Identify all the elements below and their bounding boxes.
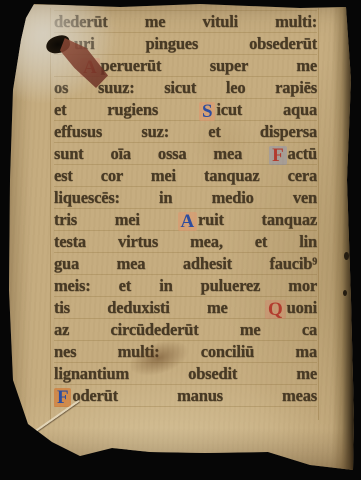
manuscript-line: tris mei Aruit tanquaz	[54, 209, 317, 231]
line-text: oderūt manus meas	[72, 386, 317, 405]
line-text: effusus suz: et dispersa	[54, 122, 317, 141]
photo-background: dederūt me vituli multi: uri pingues obs…	[0, 0, 361, 480]
manuscript-line: testa virtus mea, et lin	[54, 231, 317, 253]
bottom-shading	[8, 428, 354, 470]
manuscript-line: tis deduxisti me Quoni	[54, 297, 317, 319]
parchment-leaf: dederūt me vituli multi: uri pingues obs…	[0, 0, 361, 480]
ruling-line-right	[318, 8, 319, 420]
manuscript-line: az circūdederūt me ca	[54, 319, 317, 341]
line-text: uoni	[287, 298, 317, 317]
line-text: gua mea adhesit faucib⁹	[54, 254, 317, 273]
manuscript-line: sunt oīa ossa mea Factū	[54, 143, 317, 165]
edge-speck	[343, 290, 347, 296]
line-text: tis deduxisti me	[54, 298, 265, 317]
edge-speck	[344, 252, 349, 260]
illuminated-initial: A	[178, 212, 198, 231]
line-text: sunt oīa ossa mea	[54, 144, 269, 163]
line-text: tris mei	[54, 210, 178, 229]
line-text: est cor mei tanquaz cera	[54, 166, 317, 185]
line-text: az circūdederūt me ca	[54, 320, 317, 339]
corner-fold	[10, 5, 115, 105]
page-edge-right	[332, 4, 354, 470]
manuscript-line: gua mea adhesit faucib⁹	[54, 253, 317, 275]
line-text: meis: et in puluerez mor	[54, 276, 317, 295]
manuscript-line: effusus suz: et dispersa	[54, 121, 317, 143]
line-text: actū	[288, 144, 317, 163]
manuscript-line: lignantium obsedit me	[54, 363, 317, 385]
manuscript-line: est cor mei tanquaz cera	[54, 165, 317, 187]
illuminated-initial: F	[269, 146, 286, 165]
illuminated-initial: F	[54, 388, 71, 407]
line-text: ruit tanquaz	[198, 210, 317, 229]
manuscript-line: Foderūt manus meas	[54, 385, 317, 407]
bottom-speck	[118, 451, 133, 459]
manuscript-line: meis: et in puluerez mor	[54, 275, 317, 297]
illuminated-initial: Q	[265, 300, 286, 319]
illuminated-initial: S	[199, 102, 215, 121]
manuscript-line: liquescēs: in medio ven	[54, 187, 317, 209]
line-text: lignantium obsedit me	[54, 364, 317, 383]
line-text: liquescēs: in medio ven	[54, 188, 317, 207]
line-text: testa virtus mea, et lin	[54, 232, 317, 251]
line-text: peruerūt super me	[101, 56, 317, 75]
line-text: icut aqua	[216, 100, 317, 119]
